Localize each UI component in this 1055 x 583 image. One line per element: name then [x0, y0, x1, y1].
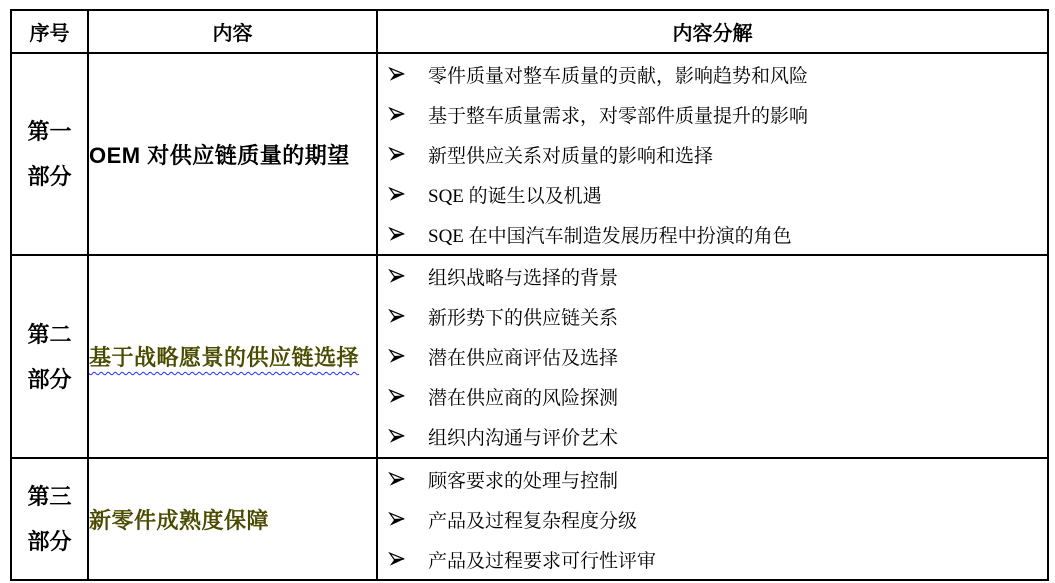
section-title-part3: 新零件成熟度保障 [88, 458, 377, 580]
list-item: 产品及过程要求可行性评审 [388, 539, 1047, 579]
table-row-part1: 第一 部分 OEM 对供应链质量的期望 零件质量对整车质量的贡献，影响趋势和风险… [11, 53, 1048, 255]
index-line: 第二 [12, 312, 87, 357]
list-item-text: 顾客要求的处理与控制 [428, 466, 618, 493]
list-item-text: 基于整车质量需求，对零部件质量提升的影响 [428, 101, 808, 128]
list-item-text: 新型供应关系对质量的影响和选择 [428, 141, 713, 168]
arrowhead-right-icon [388, 512, 406, 527]
section-index-part3: 第三 部分 [11, 458, 88, 580]
arrowhead-right-icon [388, 269, 406, 284]
arrowhead-right-icon [388, 107, 406, 122]
section-index-part2: 第二 部分 [11, 255, 88, 458]
section-items-cell-part3: 顾客要求的处理与控制 产品及过程复杂程度分级 产品及过程要求可行性评审 [377, 458, 1048, 580]
section-title-part1: OEM 对供应链质量的期望 [88, 53, 377, 255]
list-item: 潜在供应商评估及选择 [388, 337, 1047, 377]
table-row-part3: 第三 部分 新零件成熟度保障 顾客要求的处理与控制 产品及过程复杂程度分级 产品… [11, 458, 1048, 580]
arrowhead-right-icon [388, 309, 406, 324]
arrowhead-right-icon [388, 349, 406, 364]
bullet-list-part2: 组织战略与选择的背景 新形势下的供应链关系 潜在供应商评估及选择 潜在供应商的风… [378, 256, 1047, 457]
header-content-breakdown: 内容分解 [377, 10, 1048, 53]
index-line: 第一 [12, 109, 87, 154]
list-item-text: 产品及过程要求可行性评审 [428, 546, 656, 573]
arrowhead-right-icon [388, 389, 406, 404]
index-line: 部分 [12, 357, 87, 402]
list-item: 基于整车质量需求，对零部件质量提升的影响 [388, 94, 1047, 134]
list-item: SQE 的诞生以及机遇 [388, 174, 1047, 214]
index-line: 部分 [12, 519, 87, 564]
section-index-part1: 第一 部分 [11, 53, 88, 255]
list-item: 顾客要求的处理与控制 [388, 459, 1047, 499]
list-item-text: SQE 在中国汽车制造发展历程中扮演的角色 [428, 221, 792, 248]
header-serial: 序号 [11, 10, 88, 53]
list-item: 产品及过程复杂程度分级 [388, 499, 1047, 539]
arrowhead-right-icon [388, 187, 406, 202]
list-item: 零件质量对整车质量的贡献，影响趋势和风险 [388, 54, 1047, 94]
content-table: 序号 内容 内容分解 第一 部分 OEM 对供应链质量的期望 零件质量对整车质量… [10, 9, 1049, 581]
list-item-text: 潜在供应商评估及选择 [428, 343, 618, 370]
bullet-list-part1: 零件质量对整车质量的贡献，影响趋势和风险 基于整车质量需求，对零部件质量提升的影… [378, 54, 1047, 254]
list-item-text: 潜在供应商的风险探测 [428, 383, 618, 410]
list-item: 新型供应关系对质量的影响和选择 [388, 134, 1047, 174]
list-item-text: 零件质量对整车质量的贡献，影响趋势和风险 [428, 61, 808, 88]
list-item: 组织战略与选择的背景 [388, 257, 1047, 297]
arrowhead-right-icon [388, 552, 406, 567]
arrowhead-right-icon [388, 227, 406, 242]
arrowhead-right-icon [388, 67, 406, 82]
title-segment-underlined: 选择 [314, 345, 359, 370]
list-item-text: SQE 的诞生以及机遇 [428, 181, 602, 208]
list-item: 新形势下的供应链关系 [388, 297, 1047, 337]
bullet-list-part3: 顾客要求的处理与控制 产品及过程复杂程度分级 产品及过程要求可行性评审 [378, 459, 1047, 579]
title-segment-underlined: 基于战略愿景的供应链 [89, 345, 314, 370]
list-item-text: 组织内沟通与评价艺术 [428, 423, 618, 450]
section-title-part2: 基于战略愿景的供应链选择 [88, 255, 377, 458]
arrowhead-right-icon [388, 429, 406, 444]
list-item-text: 新形势下的供应链关系 [428, 303, 618, 330]
index-line: 部分 [12, 154, 87, 199]
list-item: 潜在供应商的风险探测 [388, 377, 1047, 417]
table-header-row: 序号 内容 内容分解 [11, 10, 1048, 53]
section-items-cell-part2: 组织战略与选择的背景 新形势下的供应链关系 潜在供应商评估及选择 潜在供应商的风… [377, 255, 1048, 458]
list-item-text: 组织战略与选择的背景 [428, 263, 618, 290]
list-item-text: 产品及过程复杂程度分级 [428, 506, 637, 533]
header-content: 内容 [88, 10, 377, 53]
arrowhead-right-icon [388, 472, 406, 487]
index-line: 第三 [12, 474, 87, 519]
section-items-cell-part1: 零件质量对整车质量的贡献，影响趋势和风险 基于整车质量需求，对零部件质量提升的影… [377, 53, 1048, 255]
table-row-part2: 第二 部分 基于战略愿景的供应链选择 组织战略与选择的背景 新形势下的供应链关系… [11, 255, 1048, 458]
list-item: SQE 在中国汽车制造发展历程中扮演的角色 [388, 214, 1047, 254]
list-item: 组织内沟通与评价艺术 [388, 417, 1047, 457]
arrowhead-right-icon [388, 147, 406, 162]
